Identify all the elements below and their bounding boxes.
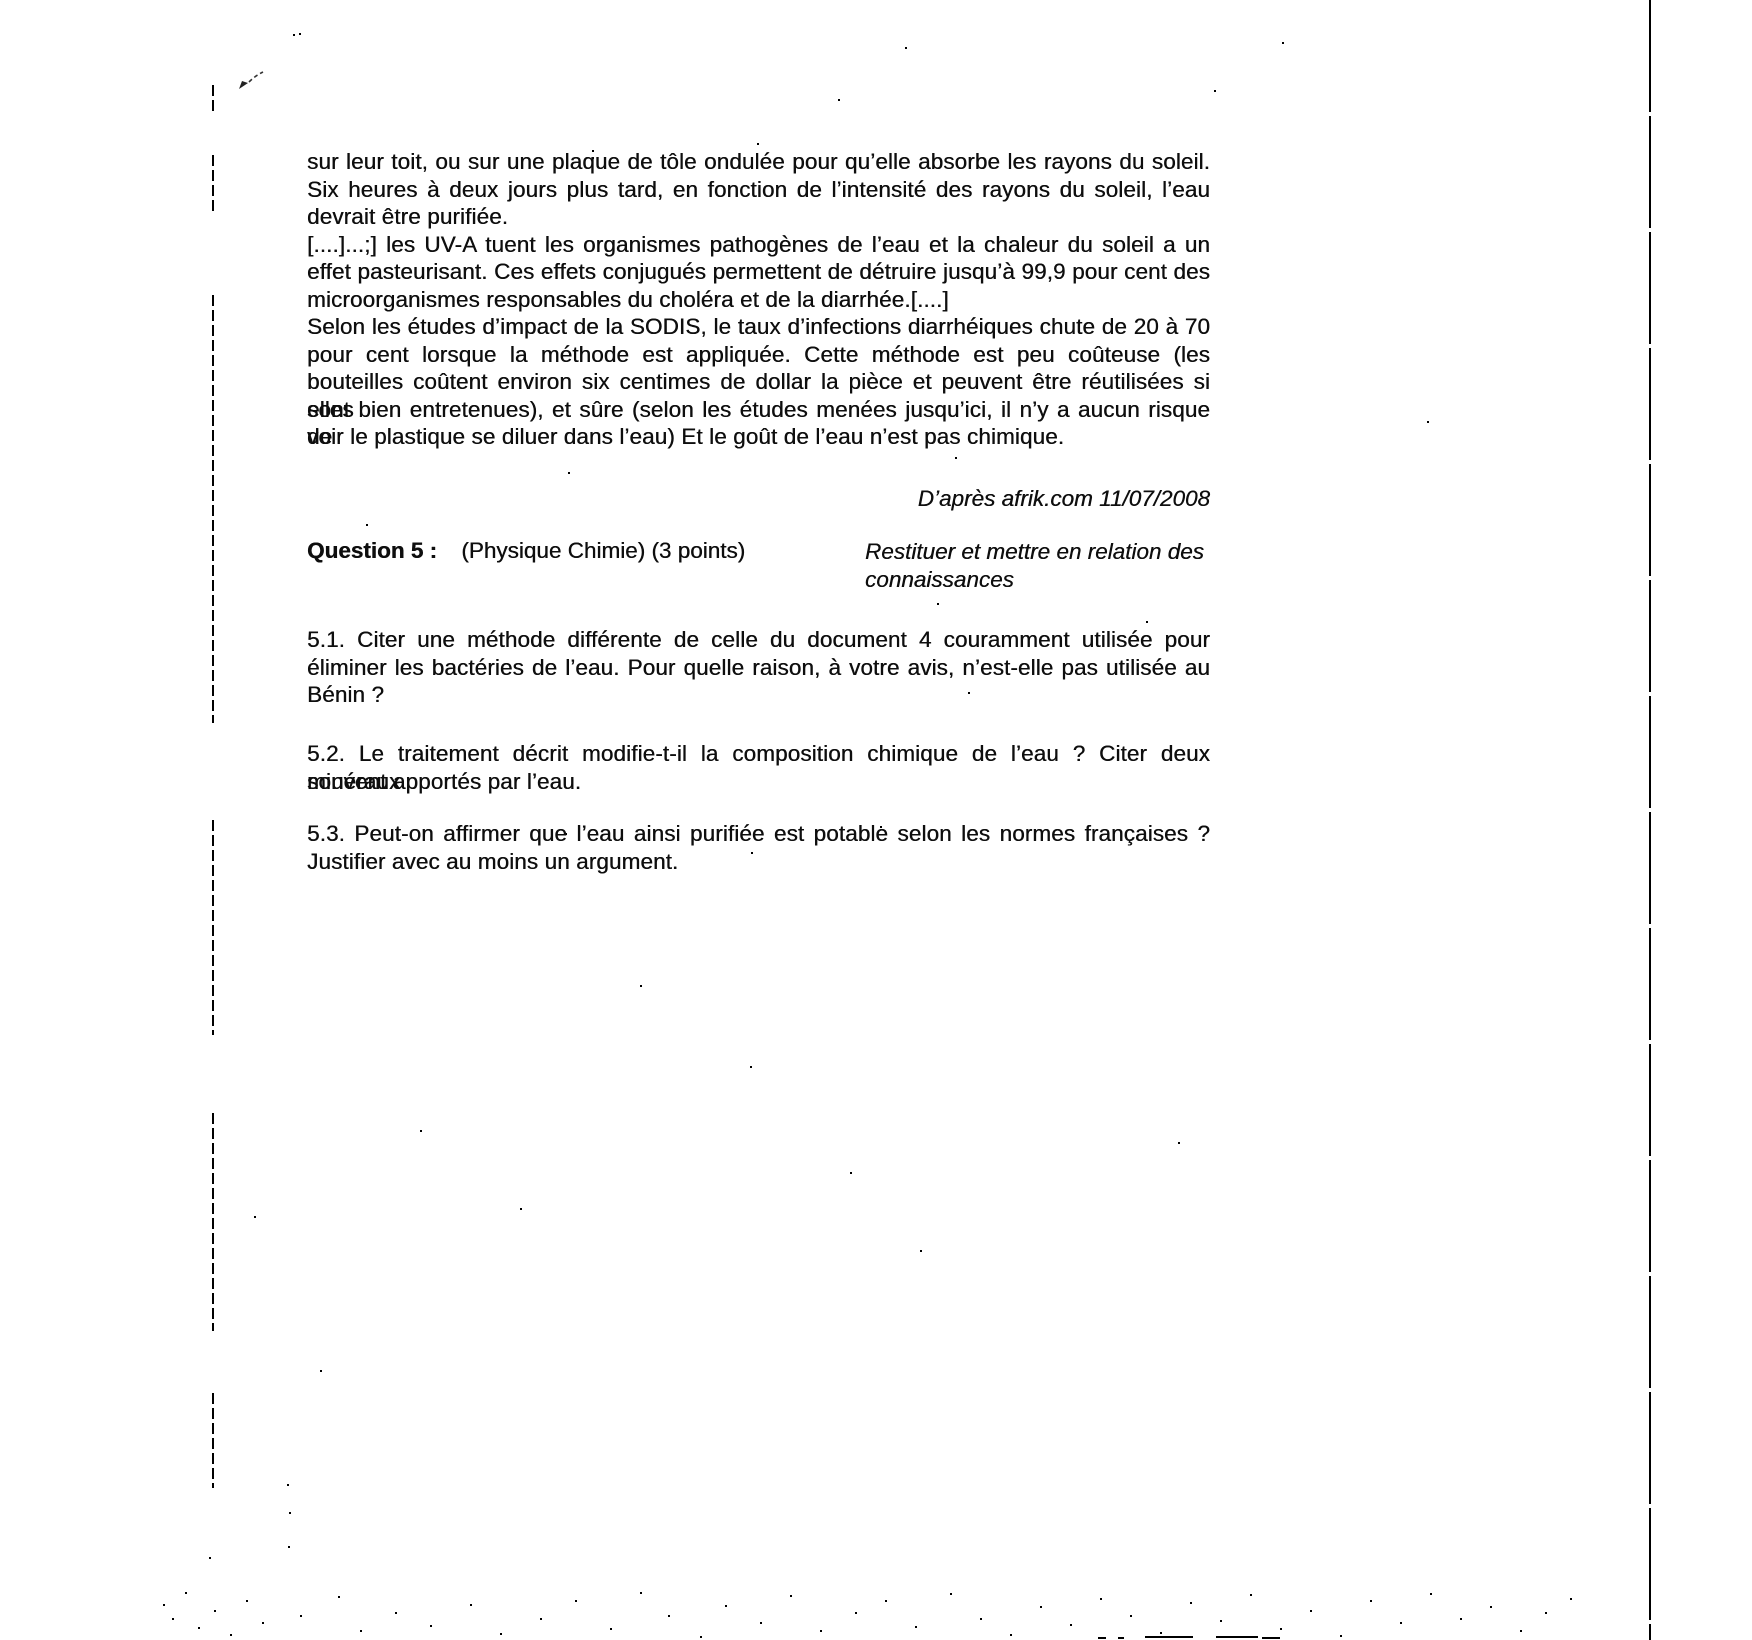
bottom-scan-line	[1216, 1636, 1258, 1638]
text-line: Selon les études d’impact de la SODIS, l…	[307, 313, 1210, 341]
pencil-mark	[236, 70, 266, 99]
text-line: sont bien entretenues), et sûre (selon l…	[307, 396, 1210, 424]
text-line: Restituer et mettre en relation des	[865, 538, 1255, 566]
left-margin-scan-dash	[212, 1393, 214, 1488]
text-line: Justifier avec au moins un argument.	[307, 848, 1210, 876]
text-line: 5.1. Citer une méthode différente de cel…	[307, 626, 1210, 654]
left-margin-scan-dash	[212, 85, 214, 113]
question-5-1-paragraph: 5.1. Citer une méthode différente de cel…	[307, 626, 1210, 709]
scanned-exam-page: sur leur toit, ou sur une plaque de tôle…	[0, 0, 1752, 1640]
source-attribution: D’après afrik.com 11/07/2008	[307, 486, 1210, 512]
document-excerpt-paragraph: sur leur toit, ou sur une plaque de tôle…	[307, 148, 1210, 451]
left-margin-scan-dash	[212, 155, 214, 211]
text-line: connaissances	[865, 566, 1255, 594]
bottom-scan-line	[1098, 1637, 1106, 1639]
left-margin-scan-dash	[212, 1113, 214, 1331]
text-line: 5.2. Le traitement décrit modifie-t-il l…	[307, 740, 1210, 768]
text-line: Bénin ?	[307, 681, 1210, 709]
text-line: Six heures à deux jours plus tard, en fo…	[307, 176, 1210, 204]
question-5-2-paragraph: 5.2. Le traitement décrit modifie-t-il l…	[307, 740, 1210, 795]
question-5-3-paragraph: 5.3. Peut-on affirmer que l’eau ainsi pu…	[307, 820, 1210, 875]
question-5-subject-points: (Physique Chimie) (3 points)	[461, 538, 745, 563]
text-line: [....]...;] les UV-A tuent les organisme…	[307, 231, 1210, 259]
bottom-scan-line	[1262, 1637, 1280, 1639]
text-line: bouteilles coûtent environ six centimes …	[307, 368, 1210, 396]
text-line: pour cent lorsque la méthode est appliqu…	[307, 341, 1210, 369]
text-line: effet pasteurisant. Ces effets conjugués…	[307, 258, 1210, 286]
scan-noise-speckles	[0, 0, 2, 2]
left-margin-scan-dash	[212, 295, 214, 723]
right-margin-scan-line	[1649, 0, 1651, 1640]
question-5-header: Question 5 : (Physique Chimie) (3 points…	[307, 538, 745, 564]
left-margin-scan-dash	[212, 820, 214, 1035]
text-line: microorganismes responsables du choléra …	[307, 286, 1210, 314]
bottom-scan-line	[1145, 1636, 1193, 1638]
text-line: sur leur toit, ou sur une plaque de tôle…	[307, 148, 1210, 176]
text-line: devrait être purifiée.	[307, 203, 1210, 231]
text-line: souvent apportés par l’eau.	[307, 768, 1210, 796]
text-line: éliminer les bactéries de l’eau. Pour qu…	[307, 654, 1210, 682]
text-line: voir le plastique se diluer dans l’eau) …	[307, 423, 1210, 451]
question-5-label: Question 5 :	[307, 538, 437, 563]
competency-note: Restituer et mettre en relation desconna…	[865, 538, 1255, 593]
text-line: 5.3. Peut-on affirmer que l’eau ainsi pu…	[307, 820, 1210, 848]
bottom-scan-line	[1118, 1637, 1124, 1639]
